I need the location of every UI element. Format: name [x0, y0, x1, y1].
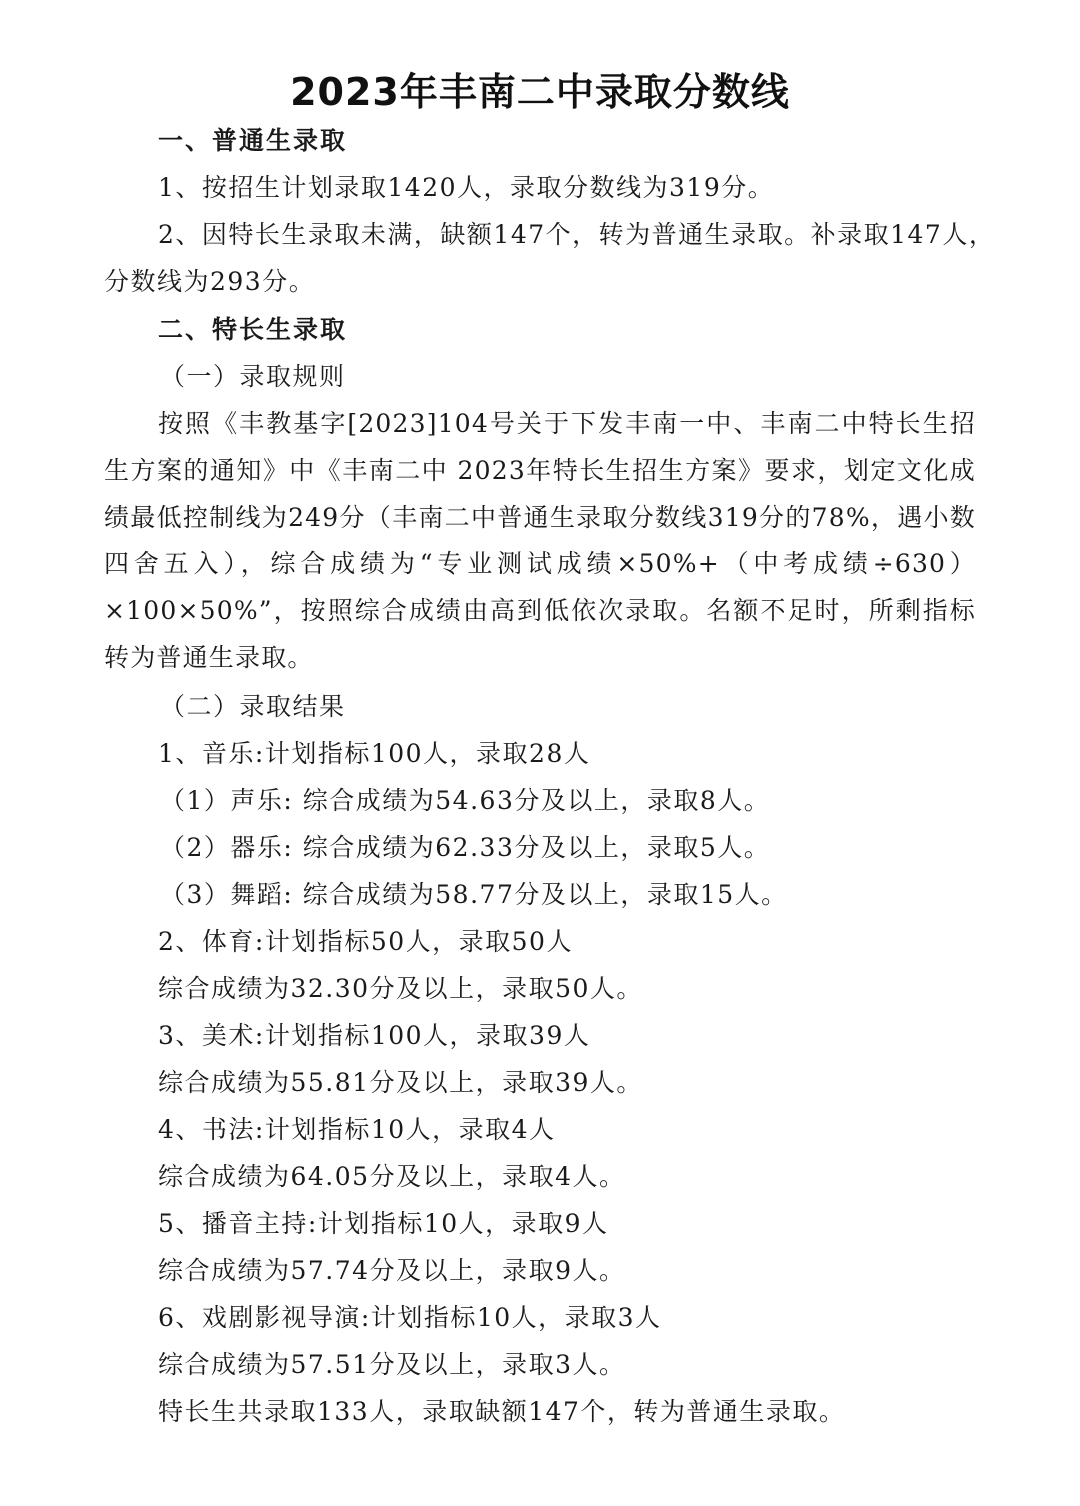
result-category-sports: 2、体育:计划指标50人，录取50人	[158, 926, 573, 958]
document-page: 2023年丰南二中录取分数线 一、普通生录取 1、按招生计划录取1420人，录取…	[0, 0, 1080, 1506]
result-detail-dance: （3）舞蹈: 综合成绩为58.77分及以上，录取15人。	[160, 879, 788, 911]
regular-admission-item-2-continued: 分数线为293分。	[104, 266, 315, 298]
results-summary: 特长生共录取133人，录取缺额147个，转为普通生录取。	[158, 1396, 845, 1428]
section-heading-regular-admission: 一、普通生录取	[158, 125, 347, 157]
result-category-drama-directing: 6、戏剧影视导演:计划指标10人，录取3人	[158, 1302, 662, 1334]
result-detail-broadcasting: 综合成绩为57.74分及以上，录取9人。	[158, 1255, 625, 1287]
result-category-broadcasting: 5、播音主持:计划指标10人，录取9人	[158, 1208, 609, 1240]
document-title: 2023年丰南二中录取分数线	[0, 66, 1080, 118]
section-heading-specialty-admission: 二、特长生录取	[158, 314, 347, 346]
result-detail-sports: 综合成绩为32.30分及以上，录取50人。	[158, 973, 643, 1005]
result-category-music: 1、音乐:计划指标100人，录取28人	[158, 738, 590, 770]
result-detail-art: 综合成绩为55.81分及以上，录取39人。	[158, 1067, 643, 1099]
result-detail-instrumental: （2）器乐: 综合成绩为62.33分及以上，录取5人。	[160, 832, 770, 864]
regular-admission-item-1: 1、按招生计划录取1420人，录取分数线为319分。	[158, 172, 774, 204]
result-detail-drama-directing: 综合成绩为57.51分及以上，录取3人。	[158, 1349, 625, 1381]
result-detail-vocal: （1）声乐: 综合成绩为54.63分及以上，录取8人。	[160, 785, 770, 817]
rules-paragraph: 按照《丰教基字[2023]104号关于下发丰南一中、丰南二中特长生招生方案的通知…	[104, 401, 976, 682]
result-category-calligraphy: 4、书法:计划指标10人，录取4人	[158, 1114, 556, 1146]
subsection-heading-rules: （一）录取规则	[160, 361, 346, 393]
result-detail-calligraphy: 综合成绩为64.05分及以上，录取4人。	[158, 1161, 625, 1193]
subsection-heading-results: （二）录取结果	[160, 691, 346, 723]
regular-admission-item-2: 2、因特长生录取未满，缺额147个，转为普通生录取。补录取147人，	[158, 219, 995, 251]
result-category-art: 3、美术:计划指标100人，录取39人	[158, 1020, 590, 1052]
